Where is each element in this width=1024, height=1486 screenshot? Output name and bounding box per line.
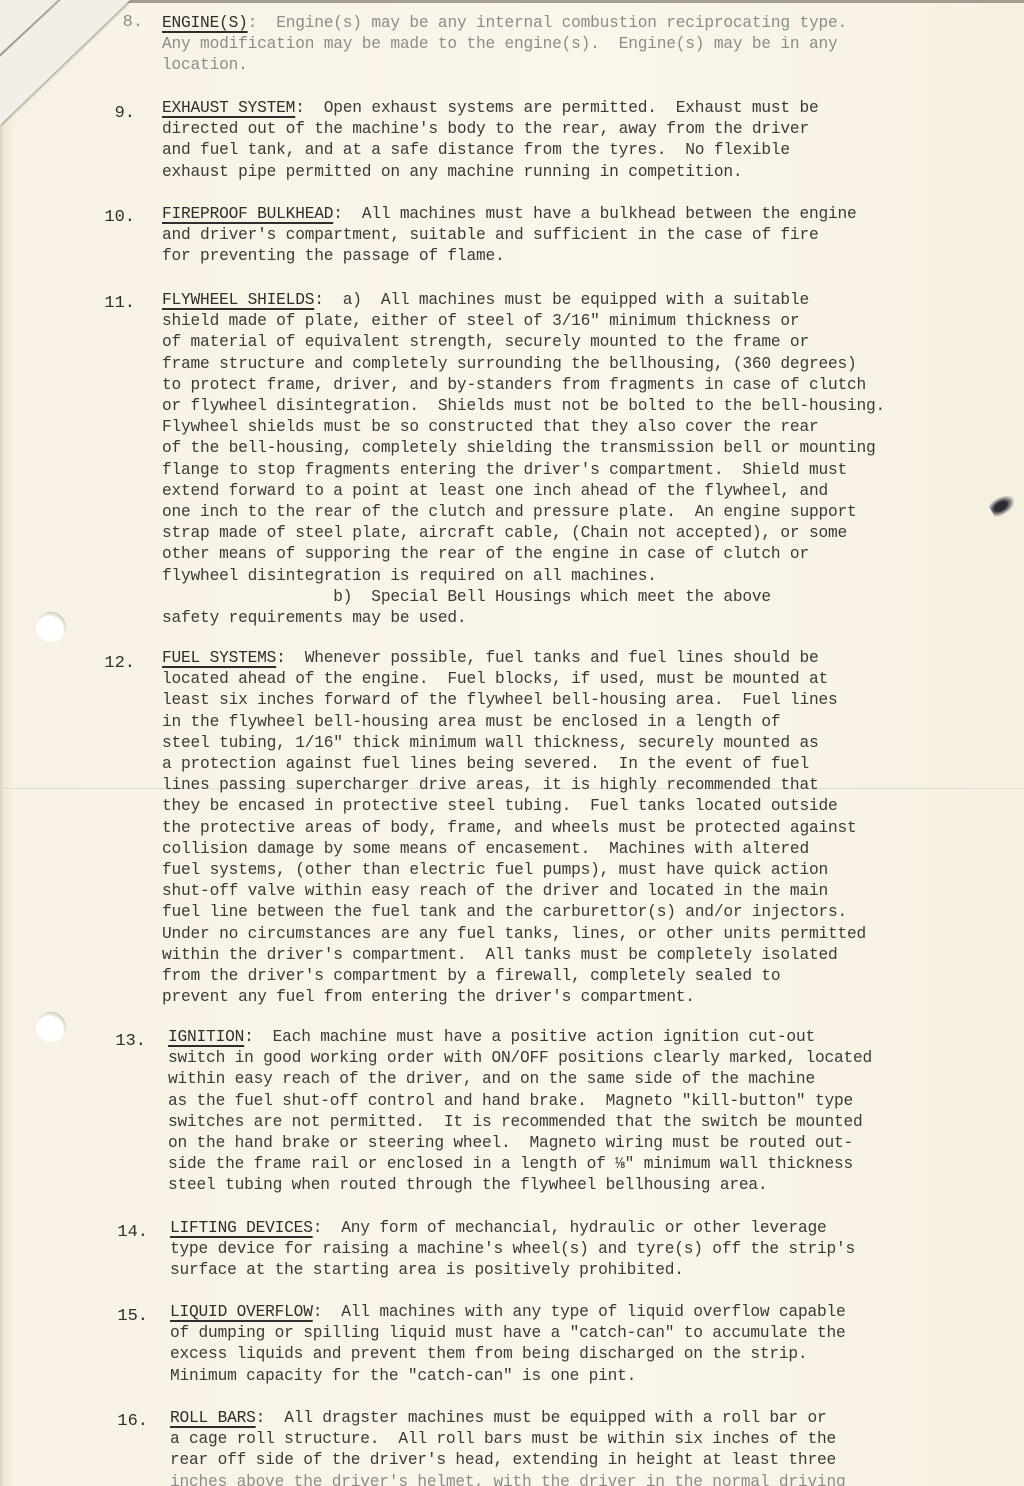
clause-line: inches above the driver's helmet, with t… [170, 1473, 846, 1486]
clause-line: to protect frame, driver, and by-stander… [162, 376, 866, 394]
clause-line: directed out of the machine's body to th… [162, 120, 809, 138]
clause-number: 12. [95, 654, 135, 673]
heading-colon: : [276, 649, 305, 667]
clause-heading: FIREPROOF BULKHEAD [162, 205, 333, 223]
clause-line: steel tubing, 1/16" thick minimum wall t… [162, 734, 818, 752]
clause-line: they be encased in protective steel tubi… [162, 797, 838, 815]
clause-line: Any modification may be made to the engi… [162, 35, 838, 53]
clause-body: FLYWHEEL SHIELDS: a) All machines must b… [162, 290, 982, 629]
clause-heading: ROLL BARS [170, 1409, 256, 1427]
clause-line: of the bell-housing, completely shieldin… [162, 439, 876, 457]
clause-body: FUEL SYSTEMS: Whenever possible, fuel ta… [162, 648, 982, 1008]
clause-line: one inch to the rear of the clutch and p… [162, 503, 857, 521]
clause-line: and fuel tank, and at a safe distance fr… [162, 141, 790, 159]
page-top-edge [0, 0, 1024, 3]
clause-line: for preventing the passage of flame. [162, 247, 505, 265]
clause-line: strap made of steel plate, aircraft cabl… [162, 524, 847, 542]
clause-number: 15. [108, 1307, 148, 1326]
clause-line: location. [162, 56, 248, 74]
clause-line: within the driver's compartment. All tan… [162, 946, 838, 964]
clause-line: other means of supporing the rear of the… [162, 545, 809, 563]
clause-body: ENGINE(S): Engine(s) may be any internal… [162, 13, 982, 77]
clause-line: prevent any fuel from entering the drive… [162, 988, 695, 1006]
heading-colon: : [248, 14, 277, 32]
clause-heading: LIQUID OVERFLOW [170, 1303, 313, 1321]
punch-hole-icon [36, 612, 66, 642]
document-page: 8. ENGINE(S): Engine(s) may be any inter… [0, 0, 1024, 1486]
clause-line: and driver's compartment, suitable and s… [162, 226, 818, 244]
clause-line: All machines with any type of liquid ove… [341, 1303, 845, 1321]
clause-line: side the frame rail or enclosed in a len… [168, 1155, 853, 1173]
clause-line: surface at the starting area is positive… [170, 1261, 684, 1279]
clause-line: located ahead of the engine. Fuel blocks… [162, 670, 828, 688]
clause-line: All dragster machines must be equipped w… [284, 1409, 826, 1427]
clause-line: switch in good working order with ON/OFF… [168, 1049, 872, 1067]
clause-line: from the driver's compartment by a firew… [162, 967, 780, 985]
clause-line: steel tubing when routed through the fly… [168, 1176, 767, 1194]
clause-line: frame structure and completely surroundi… [162, 355, 857, 373]
clause-line: excess liquids and prevent them from bei… [170, 1345, 807, 1363]
clause-line: b) Special Bell Housings which meet the … [162, 588, 771, 606]
clause-heading: LIFTING DEVICES [170, 1219, 313, 1237]
clause-line: Whenever possible, fuel tanks and fuel l… [305, 649, 819, 667]
clause-line: flywheel disintegration is required on a… [162, 567, 657, 585]
heading-colon: : [256, 1409, 285, 1427]
clause-body: LIQUID OVERFLOW: All machines with any t… [170, 1302, 990, 1387]
clause-heading: IGNITION [168, 1028, 244, 1046]
heading-colon: : [313, 1303, 342, 1321]
clause-line: collision damage by some means of encase… [162, 840, 809, 858]
clause-line: fuel line between the fuel tank and the … [162, 903, 847, 921]
clause-line: a) All machines must be equipped with a … [343, 291, 809, 309]
clause-line: rear off side of the driver's head, exte… [170, 1451, 836, 1469]
clause-line: shut-off valve within easy reach of the … [162, 882, 828, 900]
clause-line: fuel systems, (other than electric fuel … [162, 861, 828, 879]
heading-colon: : [313, 1219, 342, 1237]
clause-line: switches are not permitted. It is recomm… [168, 1113, 863, 1131]
clause-line: of material of equivalent strength, secu… [162, 333, 809, 351]
clause-line: Flywheel shields must be so constructed … [162, 418, 818, 436]
punch-hole-icon [36, 1012, 66, 1042]
clause-line: Open exhaust systems are permitted. Exha… [324, 99, 819, 117]
clause-number: 13. [106, 1032, 146, 1051]
clause-line: Minimum capacity for the "catch-can" is … [170, 1367, 636, 1385]
clause-number: 9. [95, 104, 135, 123]
clause-heading: ENGINE(S) [162, 14, 248, 32]
clause-line: extend forward to a point at least one i… [162, 482, 828, 500]
clause-line: Under no circumstances are any fuel tank… [162, 925, 866, 943]
clause-heading: FLYWHEEL SHIELDS [162, 291, 314, 309]
clause-line: All machines must have a bulkhead betwee… [362, 205, 857, 223]
heading-colon: : [314, 291, 343, 309]
clause-line: the protective areas of body, frame, and… [162, 819, 857, 837]
clause-heading: EXHAUST SYSTEM [162, 99, 295, 117]
clause-body: EXHAUST SYSTEM: Open exhaust systems are… [162, 98, 982, 183]
clause-line: type device for raising a machine's whee… [170, 1240, 855, 1258]
clause-line: shield made of plate, either of steel of… [162, 312, 799, 330]
clause-line: a cage roll structure. All roll bars mus… [170, 1430, 836, 1448]
heading-colon: : [333, 205, 362, 223]
clause-body: FIREPROOF BULKHEAD: All machines must ha… [162, 204, 982, 268]
clause-body: ROLL BARS: All dragster machines must be… [170, 1408, 990, 1486]
clause-line: as the fuel shut-off control and hand br… [168, 1092, 853, 1110]
clause-number: 16. [108, 1412, 148, 1431]
clause-line: in the flywheel bell-housing area must b… [162, 713, 780, 731]
clause-line: lines passing supercharger drive areas, … [162, 776, 818, 794]
clause-body: LIFTING DEVICES: Any form of mechancial,… [170, 1218, 990, 1282]
clause-line: of dumping or spilling liquid must have … [170, 1324, 846, 1342]
clause-line: Each machine must have a positive action… [273, 1028, 815, 1046]
clause-line: on the hand brake or steering wheel. Mag… [168, 1134, 853, 1152]
heading-colon: : [244, 1028, 273, 1046]
clause-line: within easy reach of the driver, and on … [168, 1070, 815, 1088]
clause-line: exhaust pipe permitted on any machine ru… [162, 163, 742, 181]
clause-heading: FUEL SYSTEMS [162, 649, 276, 667]
clause-number: 14. [108, 1223, 148, 1242]
clause-line: a protection against fuel lines being se… [162, 755, 809, 773]
clause-line: flange to stop fragments entering the dr… [162, 461, 847, 479]
ink-smudge-icon [987, 491, 1019, 520]
clause-body: IGNITION: Each machine must have a posit… [168, 1027, 988, 1197]
clause-line: Engine(s) may be any internal combustion… [276, 14, 847, 32]
clause-line: Any form of mechancial, hydraulic or oth… [341, 1219, 826, 1237]
clause-number: 10. [95, 208, 135, 227]
clause-number: 8. [103, 13, 143, 32]
clause-line: or flywheel disintegration. Shields must… [162, 397, 885, 415]
clause-number: 11. [95, 294, 135, 313]
clause-line: safety requirements may be used. [162, 609, 466, 627]
heading-colon: : [295, 99, 324, 117]
clause-line: least six inches forward of the flywheel… [162, 691, 838, 709]
